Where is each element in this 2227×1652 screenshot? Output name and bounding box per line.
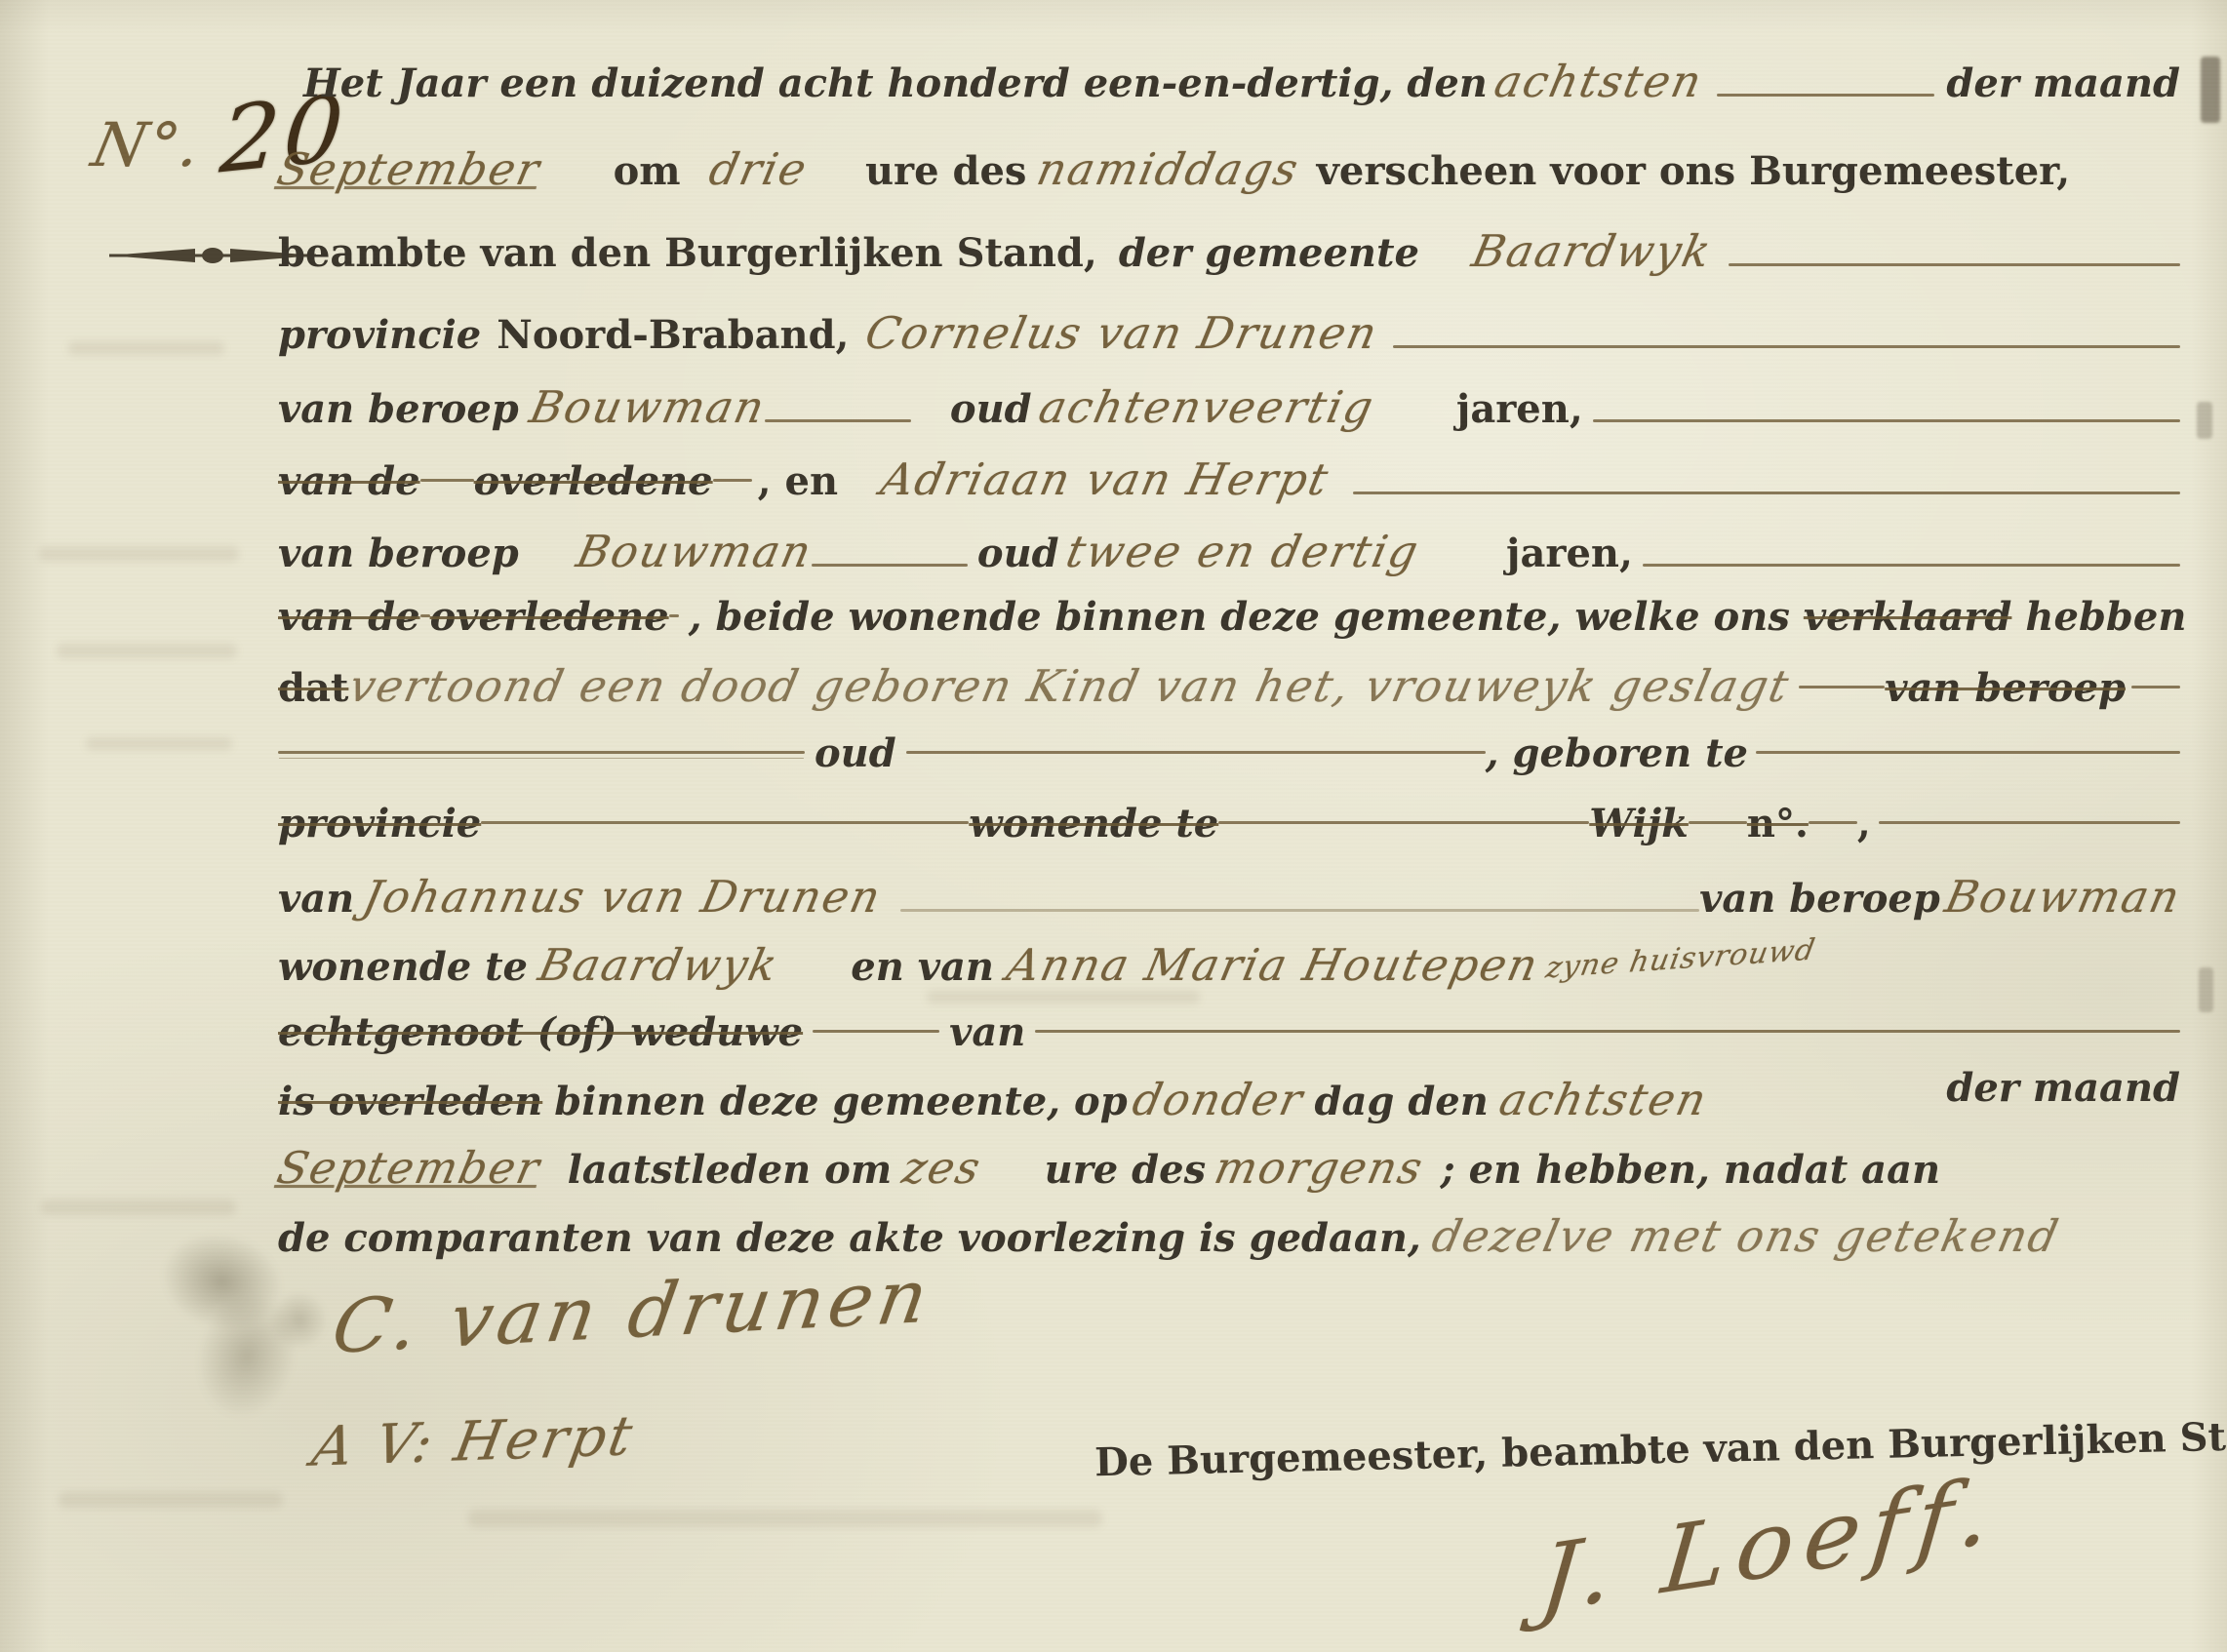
- printed-text: welke ons: [1574, 593, 1789, 642]
- printed-text: en van: [851, 943, 994, 992]
- strike-rule: [2131, 686, 2180, 688]
- handwritten-text: September: [272, 142, 546, 197]
- printed-text-struck: van de: [278, 457, 420, 506]
- printed-text: verscheen voor ons Burgemeester,: [1317, 147, 2071, 196]
- fill-rule: [812, 564, 968, 567]
- form-line-7: van beroep Bouwman oud twee en dertig ja…: [278, 525, 2180, 579]
- printed-text: Het Jaar een duizend acht honderd een-en…: [303, 59, 1488, 108]
- handwritten-text: achtsten: [1490, 55, 1708, 109]
- printed-text: ; en hebben, nadat aan: [1441, 1146, 1940, 1195]
- printed-text: oud: [950, 385, 1032, 434]
- page-edge-mark: [2201, 57, 2220, 123]
- printed-text: Noord-Braband,: [497, 311, 849, 360]
- handwritten-text: September: [272, 1141, 546, 1196]
- form-line-16: September laatstleden om zes ure des mor…: [278, 1141, 2180, 1196]
- strike-rule: [420, 479, 474, 482]
- handwritten-text: Adriaan van Herpt: [876, 452, 1334, 507]
- form-line-17: de comparanten van deze akte voorlezing …: [278, 1209, 2180, 1264]
- printed-text: van beroep: [1699, 875, 1940, 924]
- fill-rule: [1756, 751, 2180, 754]
- printed-text: der maand: [1946, 59, 2180, 108]
- handwritten-text: Anna Maria Houtepen: [1002, 938, 1544, 993]
- printed-text-struck: van beroep: [1885, 664, 2126, 713]
- printed-text-struck: is overleden: [278, 1078, 542, 1126]
- printed-text: binnen deze gemeente, op: [554, 1078, 1127, 1126]
- printed-text-struck: echtgenoot (of) weduwe: [278, 1008, 803, 1057]
- printed-text: , geboren te: [1486, 729, 1748, 778]
- form-line-9: dat vertoond een dood geboren Kind van h…: [278, 659, 2180, 714]
- page-edge-mark: [2197, 402, 2212, 439]
- form-line-5: van beroep Bouwman oud achtenveertig jar…: [278, 380, 2180, 435]
- signature-comparant-1: C. van drunen: [327, 1252, 938, 1370]
- handwritten-text: Johannus van Drunen: [358, 870, 887, 924]
- form-line-13: wonende te Baardwyk en van Anna Maria Ho…: [278, 938, 2180, 993]
- handwritten-text: vertoond een dood geboren Kind van het, …: [344, 659, 1795, 714]
- printed-text: van: [278, 875, 354, 924]
- strike-rule: [278, 751, 805, 754]
- printed-text-struck: overledene: [430, 593, 669, 642]
- strike-rule: [906, 751, 1486, 754]
- form-line-1: Het Jaar een duizend acht honderd een-en…: [278, 55, 2180, 109]
- handwritten-text: drie: [704, 142, 813, 197]
- printed-text: oud: [977, 530, 1059, 578]
- form-line-2: September om drie ure des namiddags vers…: [278, 142, 2180, 197]
- bleedthrough-artifact: [927, 991, 1200, 1003]
- strike-rule: [713, 479, 752, 482]
- fill-rule: [1717, 94, 1935, 97]
- printed-text: van: [949, 1008, 1025, 1057]
- printed-text-struck: wonende te: [969, 800, 1218, 848]
- death-record-scan: N°. 20 Het Jaar een duizend acht honderd…: [0, 0, 2227, 1652]
- handwritten-text: Bouwman: [572, 525, 817, 579]
- printed-text: oud: [815, 729, 896, 778]
- fill-rule: [1353, 492, 2180, 494]
- handwritten-text: zes: [897, 1141, 986, 1196]
- printed-text: wonende te: [278, 943, 528, 992]
- handwritten-text: zyne huisvrouwd: [1543, 932, 1818, 987]
- bleedthrough-artifact: [468, 1510, 1102, 1527]
- form-line-6: van de overledene , en Adriaan van Herpt: [278, 452, 2180, 507]
- printed-text: dag den: [1315, 1078, 1489, 1126]
- bleedthrough-artifact: [68, 341, 224, 355]
- handwritten-text: Bouwman: [1940, 870, 2186, 924]
- strike-rule: [1809, 821, 1857, 824]
- strike-rule: [420, 614, 430, 617]
- fill-rule: [1643, 564, 2180, 567]
- form-line-12: van Johannus van Drunen van beroep Bouwm…: [278, 870, 2180, 924]
- form-line-3: beambte van den Burgerlijken Stand, der …: [278, 224, 2180, 279]
- printed-text-struck: overledene: [474, 457, 713, 506]
- strike-rule: [813, 1030, 939, 1033]
- printed-text-struck: n°.: [1747, 800, 1809, 848]
- printed-text-struck: van de: [278, 593, 420, 642]
- printed-text-struck: Wijk: [1589, 800, 1689, 848]
- handwritten-text: morgens: [1210, 1141, 1429, 1196]
- handwritten-text: twee en dertig: [1061, 525, 1424, 579]
- form-line-10: oud , geboren te: [278, 729, 2180, 778]
- printed-text: der gemeente: [1119, 229, 1419, 278]
- closing-printed-text: De Burgemeester, beambte van den Burgerl…: [1094, 1412, 2227, 1486]
- form-line-11: provincie wonende te Wijk n°. ,: [278, 800, 2180, 848]
- strike-rule: [1799, 686, 1885, 688]
- fill-rule: [900, 909, 1699, 912]
- printed-text: beambte van den Burgerlijken Stand,: [278, 229, 1097, 278]
- printed-text-struck: verklaard: [1804, 593, 2012, 642]
- handwritten-text: achtenveertig: [1034, 380, 1379, 435]
- fill-rule: [1593, 419, 2180, 422]
- printed-text: van beroep: [278, 385, 519, 434]
- printed-text-struck: provincie: [278, 800, 481, 848]
- handwritten-text: donder: [1128, 1073, 1309, 1127]
- fill-rule: [1729, 263, 2180, 266]
- strike-rule: [481, 821, 969, 824]
- printed-text: ,: [1857, 800, 1871, 848]
- printed-text: hebben: [2025, 593, 2186, 642]
- printed-text: provincie: [278, 311, 481, 360]
- printed-text: jaren,: [1506, 530, 1633, 578]
- strike-rule: [1879, 821, 2180, 824]
- printed-text: de comparanten van deze akte voorlezing …: [278, 1214, 1421, 1263]
- signature-comparant-2: A V: Herpt: [307, 1404, 640, 1478]
- handwritten-text: Cornelus van Drunen: [861, 306, 1384, 361]
- printed-text: van beroep: [278, 530, 519, 578]
- signature-official: J. Loeff.: [1535, 1456, 2005, 1633]
- form-line-4: provincie Noord-Braband, Cornelus van Dr…: [278, 306, 2180, 361]
- form-line-8: van de overledene , beide wonende binnen…: [278, 593, 2180, 642]
- printed-text: , beide wonende binnen deze gemeente,: [689, 593, 1562, 642]
- printed-text: , en: [758, 457, 838, 506]
- bleedthrough-artifact: [39, 546, 239, 562]
- handwritten-text: namiddags: [1032, 142, 1304, 197]
- bleedthrough-artifact: [86, 737, 232, 750]
- handwritten-text: Baardwyk: [534, 938, 783, 993]
- act-number-label: N°.: [86, 109, 209, 180]
- handwritten-text: dezelve met ons getekend: [1427, 1209, 2064, 1264]
- handwritten-text: Bouwman: [525, 380, 771, 435]
- fill-rule: [765, 419, 911, 422]
- bleedthrough-artifact: [59, 1492, 283, 1508]
- bleedthrough-artifact: [57, 644, 237, 658]
- printed-text: ure des: [1045, 1146, 1206, 1195]
- handwritten-text: Baardwyk: [1467, 224, 1717, 279]
- bleedthrough-artifact: [41, 1200, 236, 1215]
- strike-rule: [1689, 821, 1747, 824]
- printed-text: laatstleden om: [568, 1146, 893, 1195]
- printed-text: der maand: [1946, 1064, 2180, 1113]
- form-line-15: is overleden binnen deze gemeente, op do…: [278, 1073, 2180, 1127]
- printed-text-struck: dat: [278, 664, 348, 713]
- strike-rule: [1035, 1030, 2180, 1033]
- form-line-14: echtgenoot (of) weduwe van: [278, 1008, 2180, 1057]
- fill-rule: [1393, 345, 2180, 348]
- printed-text: om: [614, 147, 681, 196]
- strike-rule: [669, 614, 679, 617]
- page-edge-mark: [2199, 967, 2213, 1012]
- printed-text: jaren,: [1456, 385, 1583, 434]
- printed-text: ure des: [865, 147, 1026, 196]
- strike-rule: [1218, 821, 1589, 824]
- handwritten-text: achtsten: [1494, 1073, 1713, 1127]
